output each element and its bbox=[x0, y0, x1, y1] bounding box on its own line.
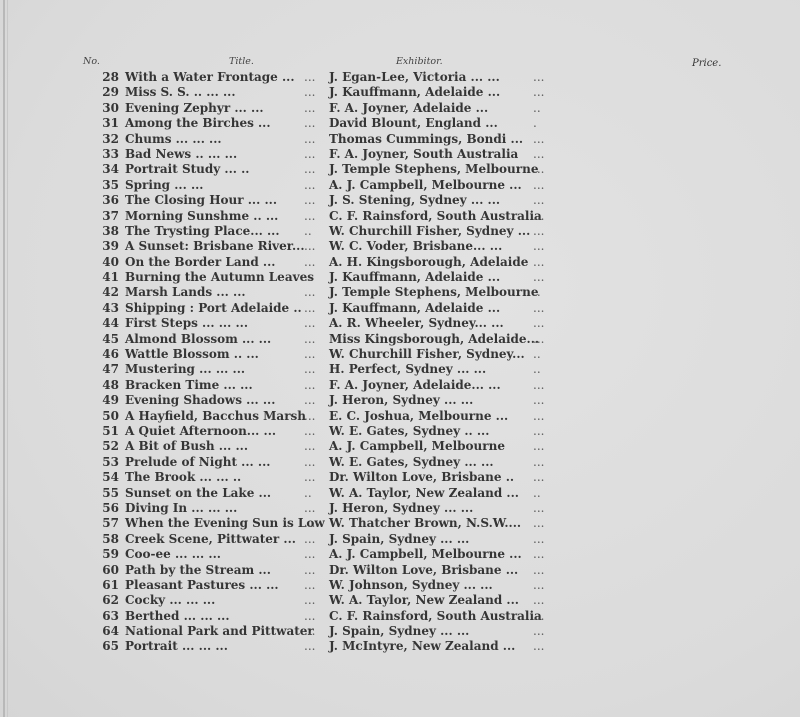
entry-number: 56 bbox=[101, 501, 119, 516]
entry-title: A Quiet Afternoon... ... bbox=[125, 424, 276, 439]
catalogue-entry: 38 The Trysting Place... ... .. W. Churc… bbox=[0, 224, 800, 239]
entry-number: 33 bbox=[101, 147, 119, 162]
entry-title: Among the Birches ... bbox=[125, 116, 271, 131]
price-leader-dots: ... bbox=[533, 624, 544, 639]
leader-dots: ... bbox=[304, 362, 315, 377]
entry-number: 36 bbox=[101, 193, 119, 208]
entry-exhibitor: J. Heron, Sydney ... ... bbox=[329, 501, 473, 516]
price-leader-dots: ... bbox=[533, 439, 544, 454]
entry-number: 47 bbox=[101, 362, 119, 377]
price-leader-dots: ... bbox=[533, 470, 544, 485]
leader-dots: ... bbox=[304, 424, 315, 439]
price-leader-dots: .. bbox=[533, 101, 541, 116]
leader-dots: ... bbox=[304, 547, 315, 562]
entry-exhibitor: David Blount, England ... bbox=[329, 116, 498, 131]
entry-number: 53 bbox=[101, 455, 119, 470]
catalogue-entry: 42 Marsh Lands ... ... ... J. Temple Ste… bbox=[0, 285, 800, 300]
leader-dots: ... bbox=[304, 578, 315, 593]
entry-number: 50 bbox=[101, 409, 119, 424]
entry-title: Mustering ... ... ... bbox=[125, 362, 245, 377]
entry-title: Prelude of Night ... ... bbox=[125, 455, 270, 470]
entry-number: 48 bbox=[101, 378, 119, 393]
price-leader-dots: ... bbox=[533, 301, 544, 316]
catalogue-entry: 45 Almond Blossom ... ... ... Miss Kings… bbox=[0, 332, 800, 347]
catalogue-entry: 62 Cocky ... ... ... ... W. A. Taylor, N… bbox=[0, 593, 800, 608]
entry-number: 59 bbox=[101, 547, 119, 562]
entry-title: The Closing Hour ... ... bbox=[125, 193, 277, 208]
entry-number: 52 bbox=[101, 439, 119, 454]
catalogue-entry: 46 Wattle Blossom .. ... ... W. Churchil… bbox=[0, 347, 800, 362]
price-leader-dots: ... bbox=[533, 563, 544, 578]
price-leader-dots: ... bbox=[533, 501, 544, 516]
catalogue-entry: 39 A Sunset: Brisbane River... ... W. C.… bbox=[0, 239, 800, 254]
leader-dots: ... bbox=[304, 178, 315, 193]
entry-number: 61 bbox=[101, 578, 119, 593]
entry-title: Almond Blossom ... ... bbox=[125, 332, 271, 347]
entry-exhibitor: Dr. Wilton Love, Brisbane .. bbox=[329, 470, 514, 485]
catalogue-page: No. Title. Exhibitor. Price. 28 With a W… bbox=[0, 0, 800, 717]
price-leader-dots: .. bbox=[533, 347, 541, 362]
entry-exhibitor: F. A. Joyner, Adelaide... ... bbox=[329, 378, 501, 393]
entry-exhibitor: C. F. Rainsford, South Australia bbox=[329, 609, 542, 624]
entry-exhibitor: W. C. Voder, Brisbane... ... bbox=[329, 239, 502, 254]
leader-dots: .. bbox=[304, 486, 312, 501]
entry-exhibitor: Dr. Wilton Love, Brisbane ... bbox=[329, 563, 518, 578]
entry-number: 55 bbox=[101, 486, 119, 501]
price-leader-dots: ... bbox=[533, 270, 544, 285]
entry-exhibitor: E. C. Joshua, Melbourne ... bbox=[329, 409, 508, 424]
entry-exhibitor: J. Kauffmann, Adelaide ... bbox=[329, 301, 500, 316]
price-leader-dots: ... bbox=[533, 532, 544, 547]
leader-dots: ... bbox=[304, 101, 315, 116]
catalogue-entry: 47 Mustering ... ... ... ... H. Perfect,… bbox=[0, 362, 800, 377]
entry-exhibitor: W. E. Gates, Sydney .. ... bbox=[329, 424, 489, 439]
entry-number: 29 bbox=[101, 85, 119, 100]
catalogue-entry: 41 Burning the Autumn Leaves .. J. Kauff… bbox=[0, 270, 800, 285]
entry-title: With a Water Frontage ... bbox=[125, 70, 295, 85]
price-leader-dots: ... bbox=[533, 455, 544, 470]
catalogue-entry: 43 Shipping : Port Adelaide .. ... J. Ka… bbox=[0, 301, 800, 316]
entry-number: 35 bbox=[101, 178, 119, 193]
entry-exhibitor: J. Spain, Sydney ... ... bbox=[329, 624, 469, 639]
entry-number: 57 bbox=[101, 516, 119, 531]
entry-number: 65 bbox=[101, 639, 119, 654]
column-header-no: No. bbox=[83, 56, 100, 67]
entry-title: Evening Zephyr ... ... bbox=[125, 101, 264, 116]
column-header-price: Price. bbox=[692, 58, 721, 69]
leader-dots: ... bbox=[304, 193, 315, 208]
catalogue-entry: 33 Bad News .. ... ... ... F. A. Joyner,… bbox=[0, 147, 800, 162]
column-header-exhibitor: Exhibitor. bbox=[396, 56, 443, 67]
entry-title: Bracken Time ... ... bbox=[125, 378, 253, 393]
catalogue-entries: 28 With a Water Frontage ... ... J. Egan… bbox=[0, 70, 800, 655]
leader-dots: ... bbox=[304, 455, 315, 470]
leader-dots: ... bbox=[304, 563, 315, 578]
catalogue-entry: 37 Morning Sunshme .. ... ... C. F. Rain… bbox=[0, 209, 800, 224]
catalogue-entry: 52 A Bit of Bush ... ... ... A. J. Campb… bbox=[0, 439, 800, 454]
entry-exhibitor: A. J. Campbell, Melbourne ... bbox=[329, 547, 522, 562]
catalogue-entry: 63 Berthed ... ... ... ... C. F. Rainsfo… bbox=[0, 609, 800, 624]
entry-title: Marsh Lands ... ... bbox=[125, 285, 246, 300]
entry-title: Portrait Study ... .. bbox=[125, 162, 250, 177]
catalogue-entry: 49 Evening Shadows ... ... ... J. Heron,… bbox=[0, 393, 800, 408]
entry-exhibitor: J. Egan-Lee, Victoria ... ... bbox=[329, 70, 500, 85]
leader-dots: ... bbox=[304, 378, 315, 393]
entry-exhibitor: A. J. Campbell, Melbourne ... bbox=[329, 178, 522, 193]
catalogue-entry: 65 Portrait ... ... ... ... J. McIntyre,… bbox=[0, 639, 800, 654]
leader-dots: ... bbox=[304, 116, 315, 131]
entry-exhibitor: A. J. Campbell, Melbourne bbox=[329, 439, 505, 454]
entry-exhibitor: J. Temple Stephens, Melbourne bbox=[329, 285, 538, 300]
price-leader-dots: ... bbox=[533, 332, 544, 347]
entry-number: 40 bbox=[101, 255, 119, 270]
price-leader-dots: ... bbox=[533, 70, 544, 85]
leader-dots: ... bbox=[304, 147, 315, 162]
entry-number: 43 bbox=[101, 301, 119, 316]
entry-exhibitor: F. A. Joyner, Adelaide ... bbox=[329, 101, 488, 116]
entry-exhibitor: F. A. Joyner, South Australia bbox=[329, 147, 518, 162]
leader-dots: ... bbox=[304, 501, 315, 516]
leader-dots: ... bbox=[304, 624, 315, 639]
price-leader-dots: ... bbox=[533, 178, 544, 193]
leader-dots: .. bbox=[304, 270, 312, 285]
price-leader-dots: ... bbox=[533, 593, 544, 608]
catalogue-entry: 32 Chums ... ... ... ... Thomas Cummings… bbox=[0, 132, 800, 147]
leader-dots: ... bbox=[304, 409, 315, 424]
column-header-title: Title. bbox=[229, 56, 254, 67]
entry-number: 62 bbox=[101, 593, 119, 608]
entry-title: Path by the Stream ... bbox=[125, 563, 271, 578]
entry-exhibitor: J. S. Stening, Sydney ... ... bbox=[329, 193, 500, 208]
entry-exhibitor: W. Churchill Fisher, Sydney... bbox=[329, 347, 525, 362]
price-leader-dots: .. bbox=[533, 486, 541, 501]
entry-title: National Park and Pittwater bbox=[125, 624, 314, 639]
price-leader-dots: ... bbox=[533, 316, 544, 331]
leader-dots: ... bbox=[304, 132, 315, 147]
entry-exhibitor: J. McIntyre, New Zealand ... bbox=[329, 639, 515, 654]
leader-dots: ... bbox=[304, 593, 315, 608]
entry-number: 34 bbox=[101, 162, 119, 177]
entry-number: 41 bbox=[101, 270, 119, 285]
entry-exhibitor: A. H. Kingsborough, Adelaide bbox=[329, 255, 528, 270]
catalogue-entry: 34 Portrait Study ... .. ... J. Temple S… bbox=[0, 162, 800, 177]
catalogue-entry: 58 Creek Scene, Pittwater ... ... J. Spa… bbox=[0, 532, 800, 547]
price-leader-dots: ... bbox=[533, 609, 544, 624]
catalogue-entry: 50 A Hayfield, Bacchus Marsh ... E. C. J… bbox=[0, 409, 800, 424]
entry-number: 38 bbox=[101, 224, 119, 239]
catalogue-entry: 53 Prelude of Night ... ... ... W. E. Ga… bbox=[0, 455, 800, 470]
catalogue-entry: 59 Coo-ee ... ... ... ... A. J. Campbell… bbox=[0, 547, 800, 562]
entry-number: 37 bbox=[101, 209, 119, 224]
price-leader-dots: ... bbox=[533, 193, 544, 208]
catalogue-entry: 57 When the Evening Sun is Low ... W. Th… bbox=[0, 516, 800, 531]
catalogue-entry: 44 First Steps ... ... ... ... A. R. Whe… bbox=[0, 316, 800, 331]
entry-exhibitor: W. Thatcher Brown, N.S.W.... bbox=[329, 516, 521, 531]
catalogue-entry: 51 A Quiet Afternoon... ... ... W. E. Ga… bbox=[0, 424, 800, 439]
price-leader-dots: ... bbox=[533, 424, 544, 439]
leader-dots: ... bbox=[304, 393, 315, 408]
catalogue-entry: 64 National Park and Pittwater ... J. Sp… bbox=[0, 624, 800, 639]
entry-title: A Bit of Bush ... ... bbox=[125, 439, 248, 454]
catalogue-entry: 35 Spring ... ... ... A. J. Campbell, Me… bbox=[0, 178, 800, 193]
catalogue-entry: 61 Pleasant Pastures ... ... ... W. John… bbox=[0, 578, 800, 593]
catalogue-entry: 29 Miss S. S. .. ... ... ... J. Kauffman… bbox=[0, 85, 800, 100]
leader-dots: ... bbox=[304, 85, 315, 100]
price-leader-dots: ... bbox=[533, 209, 544, 224]
entry-number: 51 bbox=[101, 424, 119, 439]
catalogue-entry: 60 Path by the Stream ... ... Dr. Wilton… bbox=[0, 563, 800, 578]
entry-number: 63 bbox=[101, 609, 119, 624]
entry-title: A Sunset: Brisbane River... bbox=[125, 239, 305, 254]
price-leader-dots: . bbox=[533, 116, 537, 131]
entry-number: 58 bbox=[101, 532, 119, 547]
leader-dots: ... bbox=[304, 609, 315, 624]
entry-number: 64 bbox=[101, 624, 119, 639]
price-leader-dots: ... bbox=[533, 516, 544, 531]
entry-exhibitor: J. Spain, Sydney ... ... bbox=[329, 532, 469, 547]
entry-number: 44 bbox=[101, 316, 119, 331]
leader-dots: .. bbox=[304, 224, 312, 239]
leader-dots: ... bbox=[304, 532, 315, 547]
entry-exhibitor: J. Kauffmann, Adelaide ... bbox=[329, 270, 500, 285]
entry-title: The Trysting Place... ... bbox=[125, 224, 280, 239]
entry-exhibitor: A. R. Wheeler, Sydney... ... bbox=[329, 316, 504, 331]
entry-exhibitor: J. Temple Stephens, Melbourne bbox=[329, 162, 538, 177]
entry-title: On the Border Land ... bbox=[125, 255, 275, 270]
entry-title: Sunset on the Lake ... bbox=[125, 486, 271, 501]
entry-title: Coo-ee ... ... ... bbox=[125, 547, 221, 562]
leader-dots: ... bbox=[304, 255, 315, 270]
entry-title: Creek Scene, Pittwater ... bbox=[125, 532, 296, 547]
leader-dots: ... bbox=[304, 301, 315, 316]
entry-exhibitor: C. F. Rainsford, South Australia bbox=[329, 209, 542, 224]
entry-title: Pleasant Pastures ... ... bbox=[125, 578, 279, 593]
entry-number: 32 bbox=[101, 132, 119, 147]
entry-title: Portrait ... ... ... bbox=[125, 639, 228, 654]
leader-dots: ... bbox=[304, 347, 315, 362]
leader-dots: ... bbox=[304, 516, 315, 531]
entry-exhibitor: W. A. Taylor, New Zealand ... bbox=[329, 593, 519, 608]
entry-title: Cocky ... ... ... bbox=[125, 593, 215, 608]
price-leader-dots: ... bbox=[533, 547, 544, 562]
entry-exhibitor: J. Heron, Sydney ... ... bbox=[329, 393, 473, 408]
entry-exhibitor: W. A. Taylor, New Zealand ... bbox=[329, 486, 519, 501]
catalogue-entry: 56 Diving In ... ... ... ... J. Heron, S… bbox=[0, 501, 800, 516]
entry-exhibitor: W. Johnson, Sydney ... ... bbox=[329, 578, 493, 593]
entry-title: Morning Sunshme .. ... bbox=[125, 209, 278, 224]
price-leader-dots: ... bbox=[533, 393, 544, 408]
price-leader-dots: ... bbox=[533, 378, 544, 393]
catalogue-entry: 48 Bracken Time ... ... ... F. A. Joyner… bbox=[0, 378, 800, 393]
leader-dots: ... bbox=[304, 639, 315, 654]
leader-dots: ... bbox=[304, 209, 315, 224]
entry-number: 46 bbox=[101, 347, 119, 362]
price-leader-dots: ... bbox=[533, 239, 544, 254]
entry-number: 54 bbox=[101, 470, 119, 485]
catalogue-entry: 31 Among the Birches ... ... David Bloun… bbox=[0, 116, 800, 131]
price-leader-dots: ... bbox=[533, 639, 544, 654]
entry-title: Chums ... ... ... bbox=[125, 132, 222, 147]
entry-exhibitor: J. Kauffmann, Adelaide ... bbox=[329, 85, 500, 100]
entry-number: 49 bbox=[101, 393, 119, 408]
entry-title: Burning the Autumn Leaves bbox=[125, 270, 314, 285]
entry-number: 31 bbox=[101, 116, 119, 131]
entry-title: When the Evening Sun is Low bbox=[125, 516, 325, 531]
price-leader-dots: ... bbox=[533, 85, 544, 100]
catalogue-entry: 30 Evening Zephyr ... ... ... F. A. Joyn… bbox=[0, 101, 800, 116]
entry-exhibitor: H. Perfect, Sydney ... ... bbox=[329, 362, 486, 377]
leader-dots: ... bbox=[304, 162, 315, 177]
leader-dots: ... bbox=[304, 239, 315, 254]
leader-dots: ... bbox=[304, 470, 315, 485]
leader-dots: ... bbox=[304, 316, 315, 331]
entry-title: The Brook ... ... .. bbox=[125, 470, 241, 485]
price-leader-dots: ... bbox=[533, 132, 544, 147]
price-leader-dots: .. bbox=[533, 362, 541, 377]
entry-title: Miss S. S. .. ... ... bbox=[125, 85, 236, 100]
price-leader-dots: ... bbox=[533, 578, 544, 593]
entry-title: Wattle Blossom .. ... bbox=[125, 347, 259, 362]
catalogue-entry: 40 On the Border Land ... ... A. H. King… bbox=[0, 255, 800, 270]
entry-exhibitor: Thomas Cummings, Bondi ... bbox=[329, 132, 523, 147]
entry-number: 28 bbox=[101, 70, 119, 85]
leader-dots: ... bbox=[304, 70, 315, 85]
leader-dots: ... bbox=[304, 285, 315, 300]
entry-title: Spring ... ... bbox=[125, 178, 203, 193]
price-leader-dots: ... bbox=[533, 409, 544, 424]
price-leader-dots: .. bbox=[533, 285, 541, 300]
entry-title: First Steps ... ... ... bbox=[125, 316, 248, 331]
entry-exhibitor: W. Churchill Fisher, Sydney ... bbox=[329, 224, 530, 239]
price-leader-dots: ... bbox=[533, 147, 544, 162]
entry-number: 42 bbox=[101, 285, 119, 300]
entry-title: Bad News .. ... ... bbox=[125, 147, 237, 162]
leader-dots: ... bbox=[304, 332, 315, 347]
entry-exhibitor: W. E. Gates, Sydney ... ... bbox=[329, 455, 494, 470]
entry-title: Berthed ... ... ... bbox=[125, 609, 230, 624]
entry-title: A Hayfield, Bacchus Marsh bbox=[125, 409, 306, 424]
price-leader-dots: ... bbox=[533, 224, 544, 239]
price-leader-dots: ... bbox=[533, 255, 544, 270]
price-leader-dots: ... bbox=[533, 162, 544, 177]
catalogue-entry: 54 The Brook ... ... .. ... Dr. Wilton L… bbox=[0, 470, 800, 485]
entry-title: Diving In ... ... ... bbox=[125, 501, 237, 516]
catalogue-entry: 36 The Closing Hour ... ... ... J. S. St… bbox=[0, 193, 800, 208]
entry-title: Evening Shadows ... ... bbox=[125, 393, 275, 408]
entry-number: 45 bbox=[101, 332, 119, 347]
entry-exhibitor: Miss Kingsborough, Adelaide... bbox=[329, 332, 539, 347]
entry-number: 60 bbox=[101, 563, 119, 578]
entry-title: Shipping : Port Adelaide .. bbox=[125, 301, 302, 316]
leader-dots: ... bbox=[304, 439, 315, 454]
entry-number: 30 bbox=[101, 101, 119, 116]
catalogue-entry: 55 Sunset on the Lake ... .. W. A. Taylo… bbox=[0, 486, 800, 501]
entry-number: 39 bbox=[101, 239, 119, 254]
catalogue-entry: 28 With a Water Frontage ... ... J. Egan… bbox=[0, 70, 800, 85]
